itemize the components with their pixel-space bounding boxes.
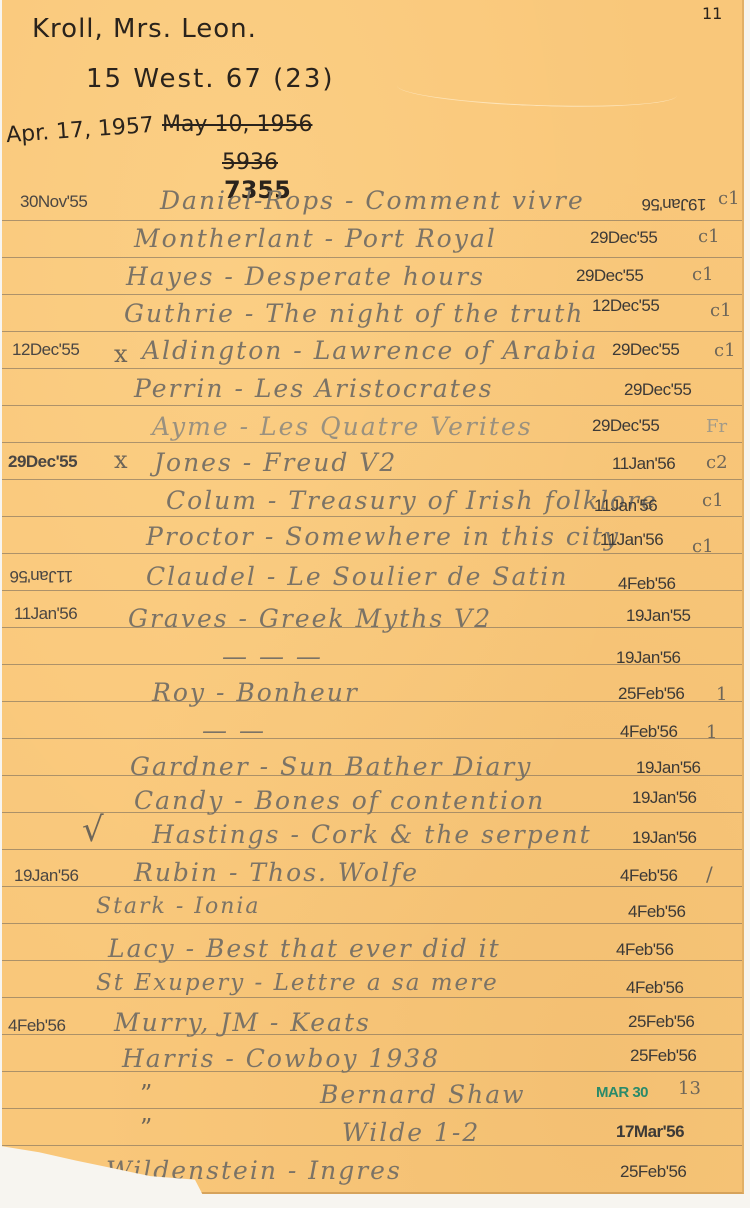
ruled-line (2, 553, 742, 554)
book-entry: Graves - Greek Myths V2 (128, 604, 492, 633)
ditto-marks: — — (202, 716, 266, 745)
ditto-marks: — — — (222, 642, 323, 671)
ruled-line (2, 368, 742, 369)
book-entry: Rubin - Thos. Wolfe (134, 858, 419, 887)
due-date-stamp: MAR 30 (596, 1084, 648, 1101)
checkout-stamp: 4Feb'56 (8, 1016, 65, 1036)
checkout-stamp: 30Nov'55 (20, 192, 87, 212)
checkout-stamp: 11Jan'56 (14, 604, 77, 624)
entry-note: 13 (678, 1078, 701, 1099)
ruled-line (2, 257, 742, 258)
book-entry: Murry, JM - Keats (114, 1008, 371, 1037)
ruled-line (2, 516, 742, 517)
checkout-stamp: 12Dec'55 (12, 340, 79, 360)
return-stamp: 11Jan'56 (600, 530, 663, 550)
ruled-line (2, 405, 742, 406)
x-mark: x (114, 446, 128, 474)
book-entry: Wilde 1-2 (342, 1118, 480, 1147)
book-entry: Proctor - Somewhere in this city (146, 522, 620, 551)
return-stamp: 17Mar'56 (616, 1122, 684, 1142)
current-date: Apr. 17, 1957 (5, 113, 154, 148)
entry-note: c1 (692, 536, 714, 557)
book-entry: Hastings - Cork & the serpent (152, 820, 592, 849)
return-stamp: 25Feb'56 (630, 1046, 696, 1066)
return-stamp: 25Feb'56 (618, 684, 684, 704)
return-stamp: 4Feb'56 (618, 574, 675, 594)
borrower-address: 15 West. 67 (23) (86, 64, 335, 94)
checkout-stamp-upside-down: 11Jan'56 (10, 566, 73, 586)
book-entry: Montherlant - Port Royal (134, 224, 497, 253)
borrower-name: Kroll, Mrs. Leon. (32, 14, 257, 44)
ditto-mark: ” (140, 1114, 152, 1142)
library-index-card: 11 Kroll, Mrs. Leon. 15 West. 67 (23) Ap… (2, 0, 744, 1194)
book-entry: Lacy - Best that ever did it (108, 934, 501, 963)
return-stamp: 25Feb'56 (628, 1012, 694, 1032)
return-stamp: 19Jan'56 (632, 828, 696, 848)
check-mark: √ (82, 810, 104, 850)
entry-note: c1 (718, 188, 740, 209)
ruled-line (2, 294, 742, 295)
book-entry: Claudel - Le Soulier de Satin (146, 562, 569, 591)
book-entry: Harris - Cowboy 1938 (122, 1044, 440, 1073)
ruled-line (2, 442, 742, 443)
return-stamp: 4Feb'56 (628, 902, 685, 922)
book-entry: Candy - Bones of contention (134, 786, 545, 815)
return-stamp: 19Jan'55 (626, 606, 690, 626)
return-stamp: 19Jan'56 (636, 758, 700, 778)
ruled-line (2, 849, 742, 850)
return-stamp: 4Feb'56 (626, 978, 683, 998)
return-stamp: 11Jan'56 (594, 496, 657, 516)
return-stamp: 11Jan'56 (612, 454, 675, 474)
ditto-mark: ” (140, 1080, 152, 1108)
return-stamp: 29Dec'55 (592, 416, 659, 436)
entry-note: c1 (692, 264, 714, 285)
ruled-line (2, 479, 742, 480)
return-stamp: 29Dec'55 (624, 380, 691, 400)
entry-note: c1 (698, 226, 720, 247)
ruled-line (2, 220, 742, 221)
book-entry: Hayes - Desperate hours (126, 262, 485, 291)
struck-card-number: 5936 (222, 150, 278, 175)
return-stamp: 29Dec'55 (612, 340, 679, 360)
entry-note: 1 (716, 684, 727, 705)
book-entry: Bernard Shaw (320, 1080, 526, 1109)
book-entry: Daniel-Rops - Comment vivre (160, 186, 585, 215)
return-stamp: 12Dec'55 (592, 296, 659, 316)
return-stamp: 29Dec'55 (576, 266, 643, 286)
ruled-line (2, 1034, 742, 1035)
book-entry: St Exupery - Lettre a sa mere (96, 970, 499, 996)
checkout-stamp: 29Dec'55 (8, 452, 77, 472)
card-corner-mark: 11 (702, 4, 722, 23)
book-entry: Ayme - Les Quatre Verites (152, 412, 533, 441)
return-stamp: 4Feb'56 (616, 940, 673, 960)
entry-note: 1 (706, 722, 717, 743)
entry-note: c1 (702, 490, 724, 511)
entry-note: c2 (706, 452, 728, 473)
struck-date: May 10, 1956 (162, 112, 312, 137)
x-mark: x (114, 340, 128, 368)
return-stamp: 4Feb'56 (620, 866, 677, 886)
ruled-line (2, 331, 742, 332)
book-entry: Jones - Freud V2 (154, 448, 397, 477)
entry-note: / (706, 862, 713, 886)
ruled-line (2, 923, 742, 924)
return-stamp: 25Feb'56 (620, 1162, 686, 1182)
book-entry: Perrin - Les Aristocrates (134, 374, 493, 403)
return-stamp: 4Feb'56 (620, 722, 677, 742)
book-entry: Roy - Bonheur (152, 678, 359, 707)
book-entry: Wildenstein - Ingres (106, 1156, 402, 1185)
return-stamp: 19Jan'56 (616, 648, 680, 668)
return-stamp: 19Jan'56 (642, 194, 706, 214)
book-entry: Guthrie - The night of the truth (124, 299, 584, 328)
book-entry: Aldington - Lawrence of Arabia (142, 336, 598, 365)
entry-note: c1 (710, 300, 732, 321)
book-entry: Colum - Treasury of Irish folklore (166, 486, 658, 515)
paper-crease (397, 70, 678, 111)
return-stamp: 29Dec'55 (590, 228, 657, 248)
entry-note: c1 (714, 340, 736, 361)
book-entry: Stark - Ionia (96, 894, 261, 919)
book-entry: Gardner - Sun Bather Diary (130, 752, 532, 781)
checkout-stamp: 19Jan'56 (14, 866, 78, 886)
return-stamp: 19Jan'56 (632, 788, 696, 808)
entry-note: Fr (706, 416, 727, 437)
